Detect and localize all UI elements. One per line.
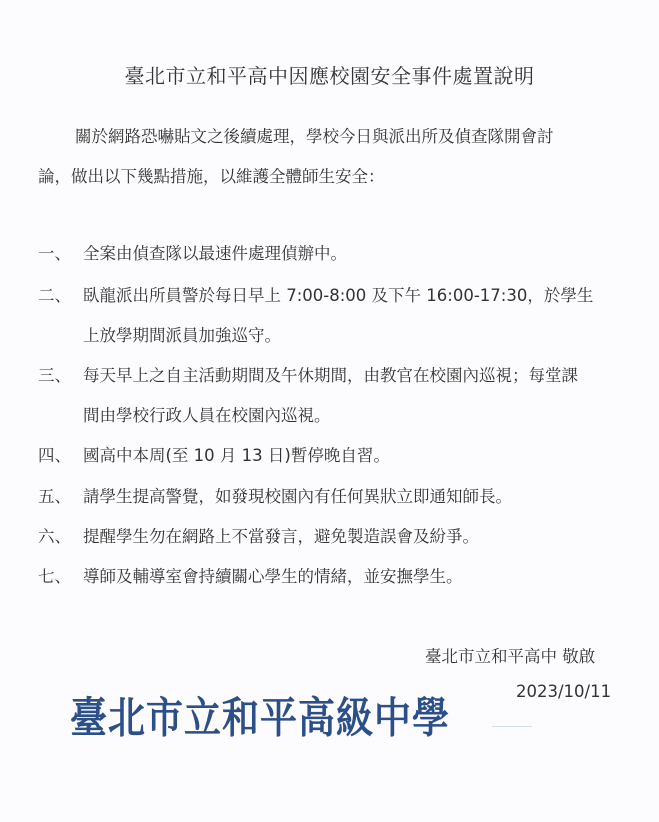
item-number: 一、 (38, 240, 82, 264)
item-number: 六、 (38, 523, 82, 547)
item-text: 導師及輔導室會持續關心學生的情緒，並安撫學生。 (83, 563, 463, 587)
item-text: 國高中本周(至 10 月 13 日)暫停晚自習。 (83, 442, 390, 466)
divider (492, 726, 532, 727)
item-number: 五、 (38, 483, 82, 507)
date: 2023/10/11 (516, 682, 611, 701)
signer: 臺北市立和平高中 敬啟 (425, 643, 595, 667)
item-text: 臥龍派出所員警於每日早上 7:00-8:00 及下午 16:00-17:30，於… (83, 282, 593, 306)
item-text: 全案由偵查隊以最速件處理偵辦中。 (83, 240, 347, 264)
item-text-continued: 間由學校行政人員在校園內巡視。 (83, 402, 331, 426)
item-text-continued: 上放學期間派員加強巡守。 (83, 322, 281, 346)
item-number: 四、 (38, 442, 82, 466)
school-stamp: 臺北市立和平高級中學 (70, 683, 450, 745)
item-number: 三、 (38, 362, 82, 386)
document-title: 臺北市立和平高中因應校園安全事件處置說明 (0, 60, 659, 89)
intro-line-1: 關於網路恐嚇貼文之後續處理，學校今日與派出所及偵查隊開會討 (75, 123, 659, 147)
item-number: 七、 (38, 563, 82, 587)
intro-line-2: 論，做出以下幾點措施，以維護全體師生安全： (38, 163, 628, 187)
item-text: 提醒學生勿在網路上不當發言，避免製造誤會及紛爭。 (83, 523, 479, 547)
item-text: 每天早上之自主活動期間及午休期間，由教官在校園內巡視；每堂課 (83, 362, 578, 386)
item-text: 請學生提高警覺，如發現校園內有任何異狀立即通知師長。 (83, 483, 512, 507)
item-number: 二、 (38, 282, 82, 306)
